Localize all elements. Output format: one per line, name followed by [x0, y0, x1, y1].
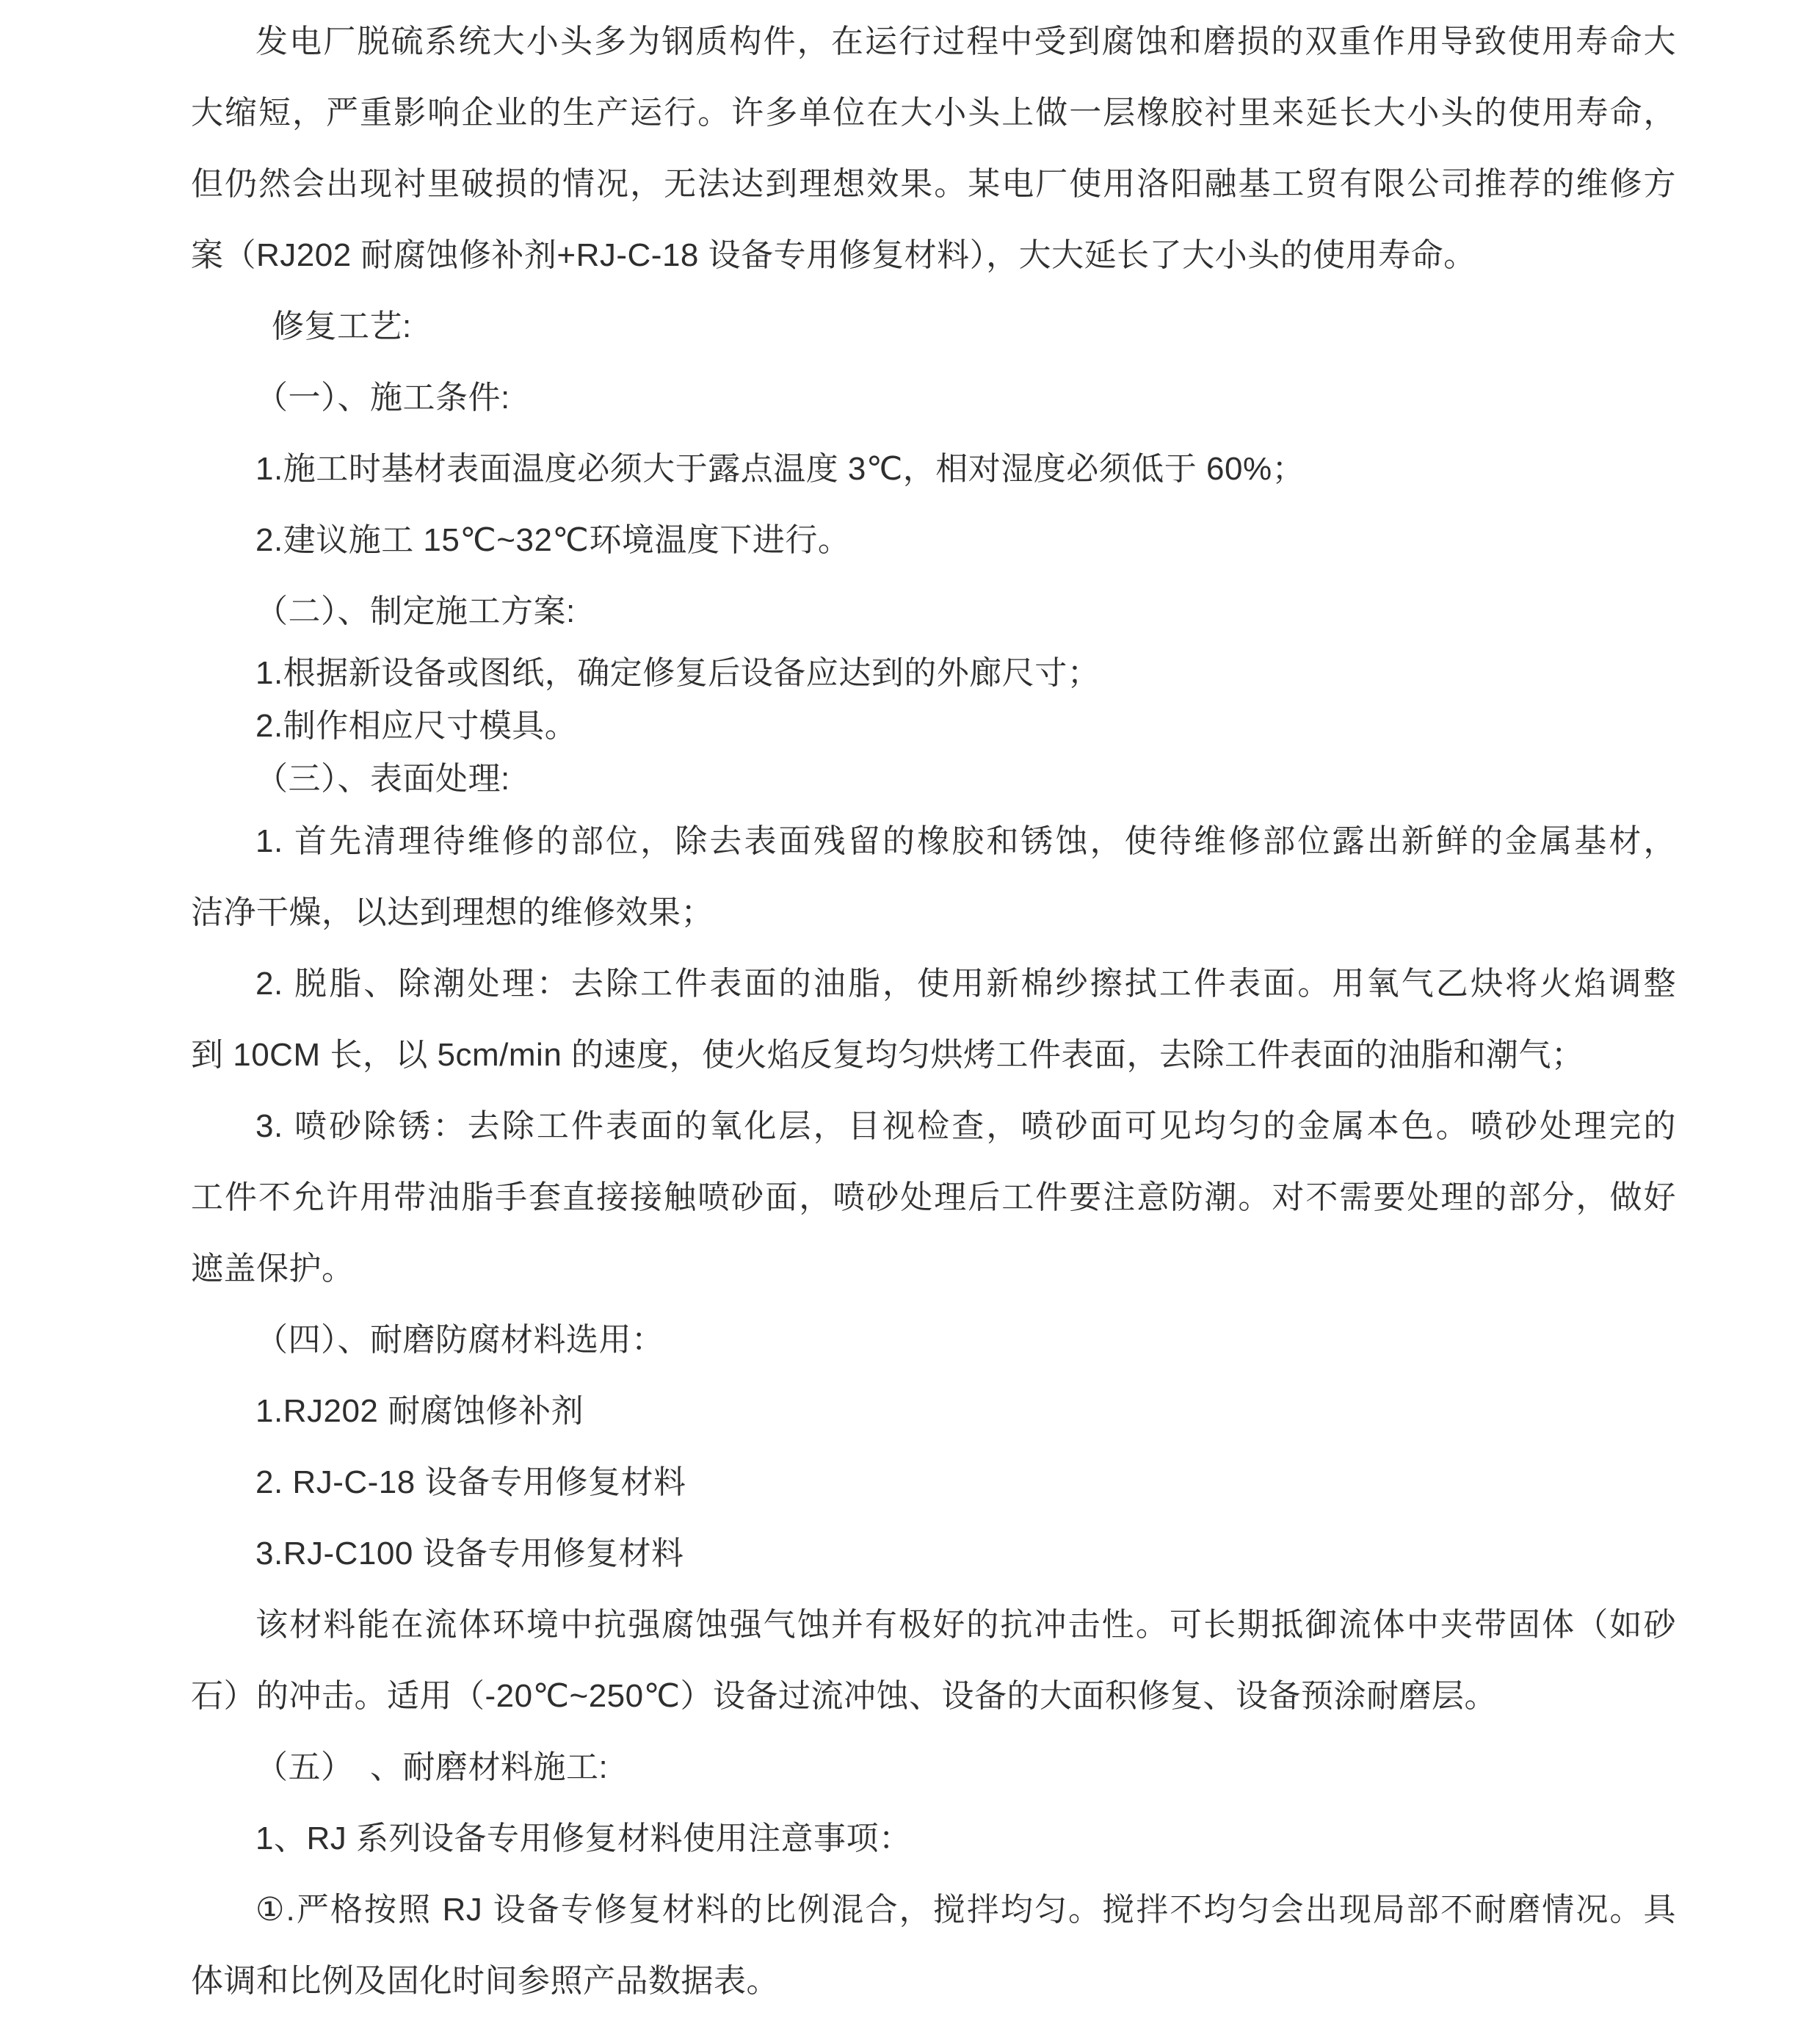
text-line: 到 10CM 长，以 5cm/min 的速度，使火焰反复均匀烘烤工件表面，去除工…	[191, 1019, 1676, 1091]
list-item: 1.施工时基材表面温度必须大于露点温度 3℃，相对湿度必须低于 60%；	[191, 433, 1676, 504]
list-item: 2.建议施工 15℃~32℃环境温度下进行。	[191, 504, 1676, 576]
section-heading: （四）、耐磨防腐材料选用：	[191, 1304, 1676, 1375]
text-line: 该材料能在流体环境中抗强腐蚀强气蚀并有极好的抗冲击性。可长期抵御流体中夹带固体（…	[191, 1589, 1676, 1660]
list-item: ①.严格按照 RJ 设备专修复材料的比例混合，搅拌均匀。搅拌不均匀会出现局部不耐…	[191, 1874, 1676, 1945]
list-item: 2.制作相应尺寸模具。	[191, 700, 1676, 753]
list-item: 3. 喷砂除锈：去除工件表面的氧化层，目视检查，喷砂面可见均匀的金属本色。喷砂处…	[191, 1091, 1676, 1162]
list-item: 1.根据新设备或图纸，确定修复后设备应达到的外廊尺寸；	[191, 647, 1676, 700]
text-line: 但仍然会出现衬里破损的情况，无法达到理想效果。某电厂使用洛阳融基工贸有限公司推荐…	[191, 148, 1676, 220]
list-item: 1、RJ 系列设备专用修复材料使用注意事项：	[191, 1803, 1676, 1874]
list-item: 1. 首先清理待维修的部位，除去表面残留的橡胶和锈蚀，使待维修部位露出新鲜的金属…	[191, 806, 1676, 877]
text-line: 遮盖保护。	[191, 1233, 1676, 1304]
section-heading: （一）、施工条件:	[191, 362, 1676, 433]
text-line: 体调和比例及固化时间参照产品数据表。	[191, 1945, 1676, 2017]
document-page: 发电厂脱硫系统大小头多为钢质构件，在运行过程中受到腐蚀和磨损的双重作用导致使用寿…	[0, 0, 1820, 2018]
text-line: 洁净干燥，以达到理想的维修效果；	[191, 877, 1676, 948]
list-item: 1.RJ202 耐腐蚀修补剂	[191, 1375, 1676, 1447]
text-line: 工件不允许用带油脂手套直接接触喷砂面，喷砂处理后工件要注意防潮。对不需要处理的部…	[191, 1162, 1676, 1233]
section-heading: （三）、表面处理:	[191, 753, 1676, 806]
section-heading: （二）、制定施工方案:	[191, 576, 1676, 647]
list-item: 3.RJ-C100 设备专用修复材料	[191, 1518, 1676, 1589]
text-line: 大缩短，严重影响企业的生产运行。许多单位在大小头上做一层橡胶衬里来延长大小头的使…	[191, 77, 1676, 148]
section-heading: 修复工艺:	[191, 291, 1676, 362]
list-item: 2. 脱脂、除潮处理：去除工件表面的油脂，使用新棉纱擦拭工件表面。用氧气乙炔将火…	[191, 948, 1676, 1019]
text-line: 石）的冲击。适用（-20℃~250℃）设备过流冲蚀、设备的大面积修复、设备预涂耐…	[191, 1660, 1676, 1732]
text-line: 发电厂脱硫系统大小头多为钢质构件，在运行过程中受到腐蚀和磨损的双重作用导致使用寿…	[191, 6, 1676, 77]
text-line: 案（RJ202 耐腐蚀修补剂+RJ-C-18 设备专用修复材料），大大延长了大小…	[191, 220, 1676, 291]
section-heading: （五） 、耐磨材料施工:	[191, 1732, 1676, 1803]
list-item: 2. RJ-C-18 设备专用修复材料	[191, 1447, 1676, 1518]
